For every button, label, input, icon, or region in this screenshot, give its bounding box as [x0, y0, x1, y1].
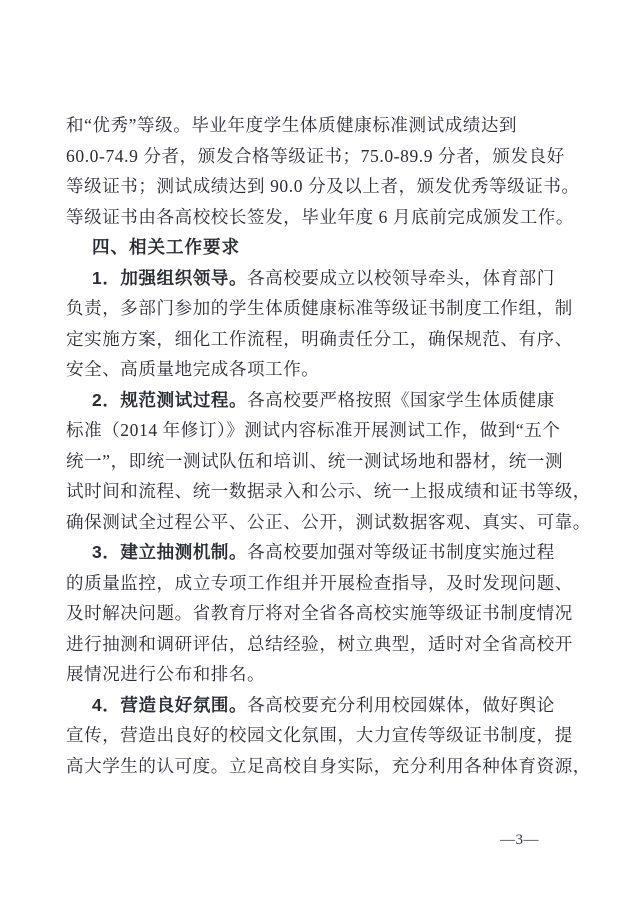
doc-line: 的质量监控，成立专项工作组并开展检查指导，及时发现问题、 [66, 568, 581, 599]
doc-line: 统一”，即统一测试队伍和培训、统一测试场地和器材，统一测 [66, 446, 581, 477]
section-heading: 四、相关工作要求 [66, 232, 581, 263]
item2-lead: 2．规范测试过程。 [92, 390, 247, 410]
doc-line: 4．营造良好氛围。各高校要充分利用校园媒体，做好舆论 [66, 690, 581, 721]
doc-line: 和“优秀”等级。毕业年度学生体质健康标准测试成绩达到 [66, 110, 581, 141]
doc-line: 展情况进行公布和排名。 [66, 659, 581, 690]
doc-line: 1．加强组织领导。各高校要成立以校领导牵头，体育部门 [66, 263, 581, 294]
doc-line: 试时间和流程、统一数据录入和公示、统一上报成绩和证书等级， [66, 476, 581, 507]
item4-lead: 4．营造良好氛围。 [92, 695, 247, 715]
doc-line: 安全、高质量地完成各项工作。 [66, 354, 581, 385]
item1-text: 各高校要成立以校领导牵头，体育部门 [247, 268, 555, 288]
item1-lead: 1．加强组织领导。 [92, 268, 247, 288]
doc-line: 等级证书由各高校校长签发，毕业年度 6 月底前完成颁发工作。 [66, 202, 581, 233]
item2-text: 各高校要严格按照《国家学生体质健康 [247, 390, 555, 410]
doc-line: 确保测试全过程公平、公正、公开，测试数据客观、真实、可靠。 [66, 507, 581, 538]
doc-line: 宣传，营造出良好的校园文化氛围，大力宣传等级证书制度，提 [66, 720, 581, 751]
item3-text: 各高校要加强对等级证书制度实施过程 [247, 542, 555, 562]
item3-lead: 3．建立抽测机制。 [92, 542, 247, 562]
doc-line: 标准（2014 年修订）》测试内容标准开展测试工作，做到“五个 [66, 415, 581, 446]
doc-line: 等级证书；测试成绩达到 90.0 分及以上者，颁发优秀等级证书。 [66, 171, 581, 202]
doc-line: 60.0-74.9 分者，颁发合格等级证书；75.0-89.9 分者，颁发良好 [66, 141, 581, 172]
item4-text: 各高校要充分利用校园媒体，做好舆论 [247, 695, 555, 715]
doc-line: 3．建立抽测机制。各高校要加强对等级证书制度实施过程 [66, 537, 581, 568]
doc-line: 定实施方案，细化工作流程，明确责任分工，确保规范、有序、 [66, 324, 581, 355]
doc-line: 进行抽测和调研评估，总结经验，树立典型，适时对全省高校开 [66, 629, 581, 660]
document-text-block: 和“优秀”等级。毕业年度学生体质健康标准测试成绩达到 60.0-74.9 分者，… [66, 110, 581, 781]
doc-line: 高大学生的认可度。立足高校自身实际，充分利用各种体育资源， [66, 751, 581, 782]
document-page: 和“优秀”等级。毕业年度学生体质健康标准测试成绩达到 60.0-74.9 分者，… [0, 0, 639, 905]
doc-line: 及时解决问题。省教育厅将对全省各高校实施等级证书制度情况 [66, 598, 581, 629]
doc-line: 2．规范测试过程。各高校要严格按照《国家学生体质健康 [66, 385, 581, 416]
page-number: —3— [500, 830, 539, 850]
doc-line: 负责，多部门参加的学生体质健康标准等级证书制度工作组，制 [66, 293, 581, 324]
